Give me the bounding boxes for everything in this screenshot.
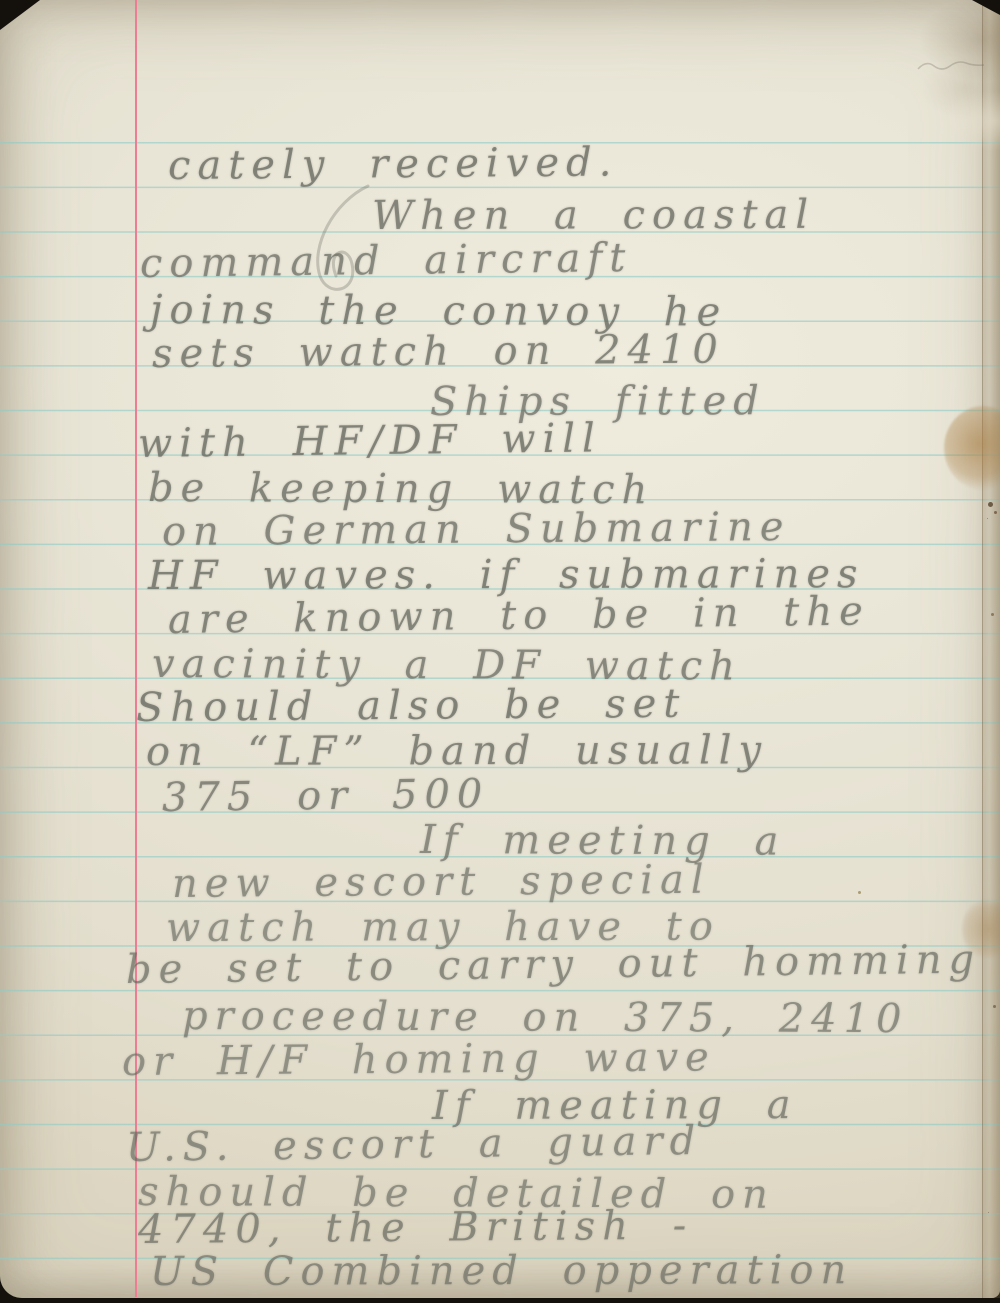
notebook-page (0, 0, 1000, 1298)
pen-flourish (296, 180, 386, 310)
notebook-photo: cately received.When a coastalcommand ai… (0, 0, 1000, 1303)
faint-pencil-smudge (916, 56, 988, 78)
page-right-edge (982, 0, 1000, 1298)
edge-speckles (988, 502, 993, 507)
